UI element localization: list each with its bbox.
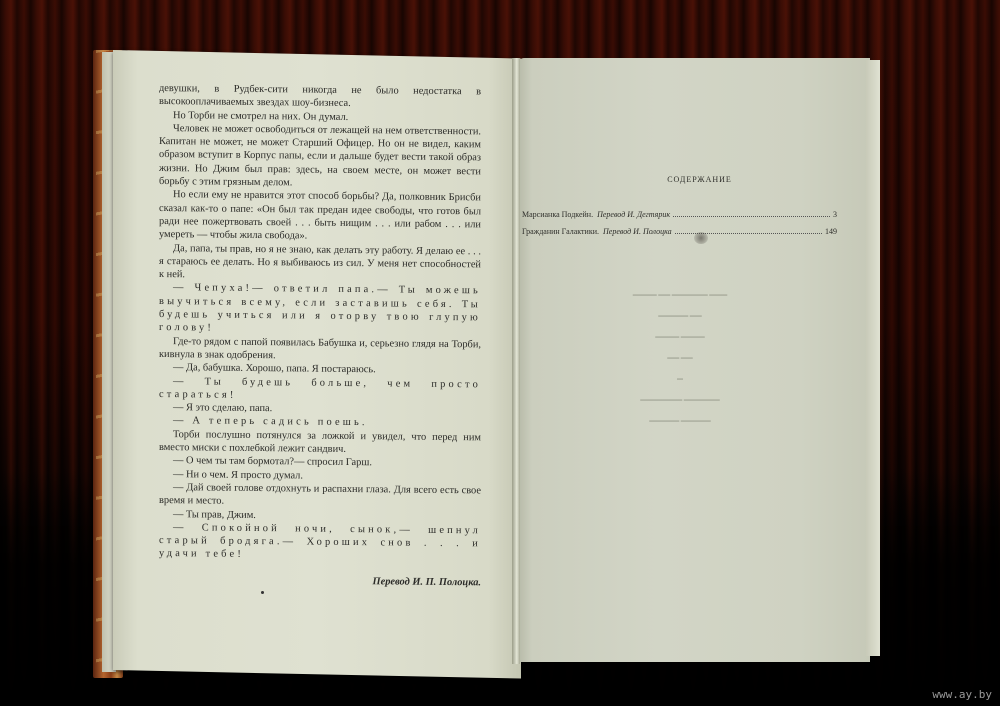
left-page-text: девушки, в Рудбек-сити никогда не было н…: [159, 82, 481, 589]
paragraph: Но если ему не нравится этот способ борь…: [159, 188, 481, 245]
paragraph: — Дай своей голове отдохнуть и распахни …: [159, 481, 481, 511]
page-smudge: [694, 232, 708, 244]
show-through-text: ▬▬▬▬ ▬▬ ▬▬▬▬▬▬ ▬▬▬ ▬▬▬▬▬ ▬▬ ▬▬▬▬ ▬▬▬▬ ▬▬…: [590, 285, 770, 432]
toc-title: СОДЕРЖАНИЕ: [562, 175, 837, 184]
paragraph: — Чепуха!— ответил папа.— Ты можешь выуч…: [159, 281, 481, 338]
toc-entry-page: 3: [833, 210, 837, 219]
toc-entry-title: Гражданин Галактики.: [522, 227, 599, 236]
page-speck: [261, 591, 264, 594]
table-of-contents: СОДЕРЖАНИЕ Марсианка Подкейн. Перевод И.…: [522, 175, 837, 244]
toc-entry-translator: Перевод И. Полоцка: [603, 227, 672, 236]
paragraph: девушки, в Рудбек-сити никогда не было н…: [159, 82, 481, 112]
paragraph: — Спокойной ночи, сынок,— шепнул старый …: [159, 521, 481, 564]
paragraph: Торби послушно потянулся за ложкой и уви…: [159, 428, 481, 458]
right-page-stack: [866, 60, 880, 656]
toc-entry-title: Марсианка Подкейн.: [522, 210, 593, 219]
paragraph: Да, папа, ты прав, но я не знаю, как дел…: [159, 242, 481, 285]
paragraph: Где-то рядом с папой появилась Бабушка и…: [159, 335, 481, 365]
paragraph: Человек не может освободиться от лежащей…: [159, 122, 481, 192]
toc-entry-translator: Перевод И. Дегтярик: [597, 210, 670, 219]
toc-leader-dots: [673, 216, 830, 217]
book-gutter: [512, 58, 520, 664]
paragraph: — Ты будешь больше, чем просто стараться…: [159, 375, 481, 405]
toc-entry-page: 149: [825, 227, 837, 236]
toc-entry: Марсианка Подкейн. Перевод И. Дегтярик 3: [522, 210, 837, 219]
watermark: www.ay.by: [932, 688, 992, 701]
toc-entry: Гражданин Галактики. Перевод И. Полоцка …: [522, 227, 837, 236]
